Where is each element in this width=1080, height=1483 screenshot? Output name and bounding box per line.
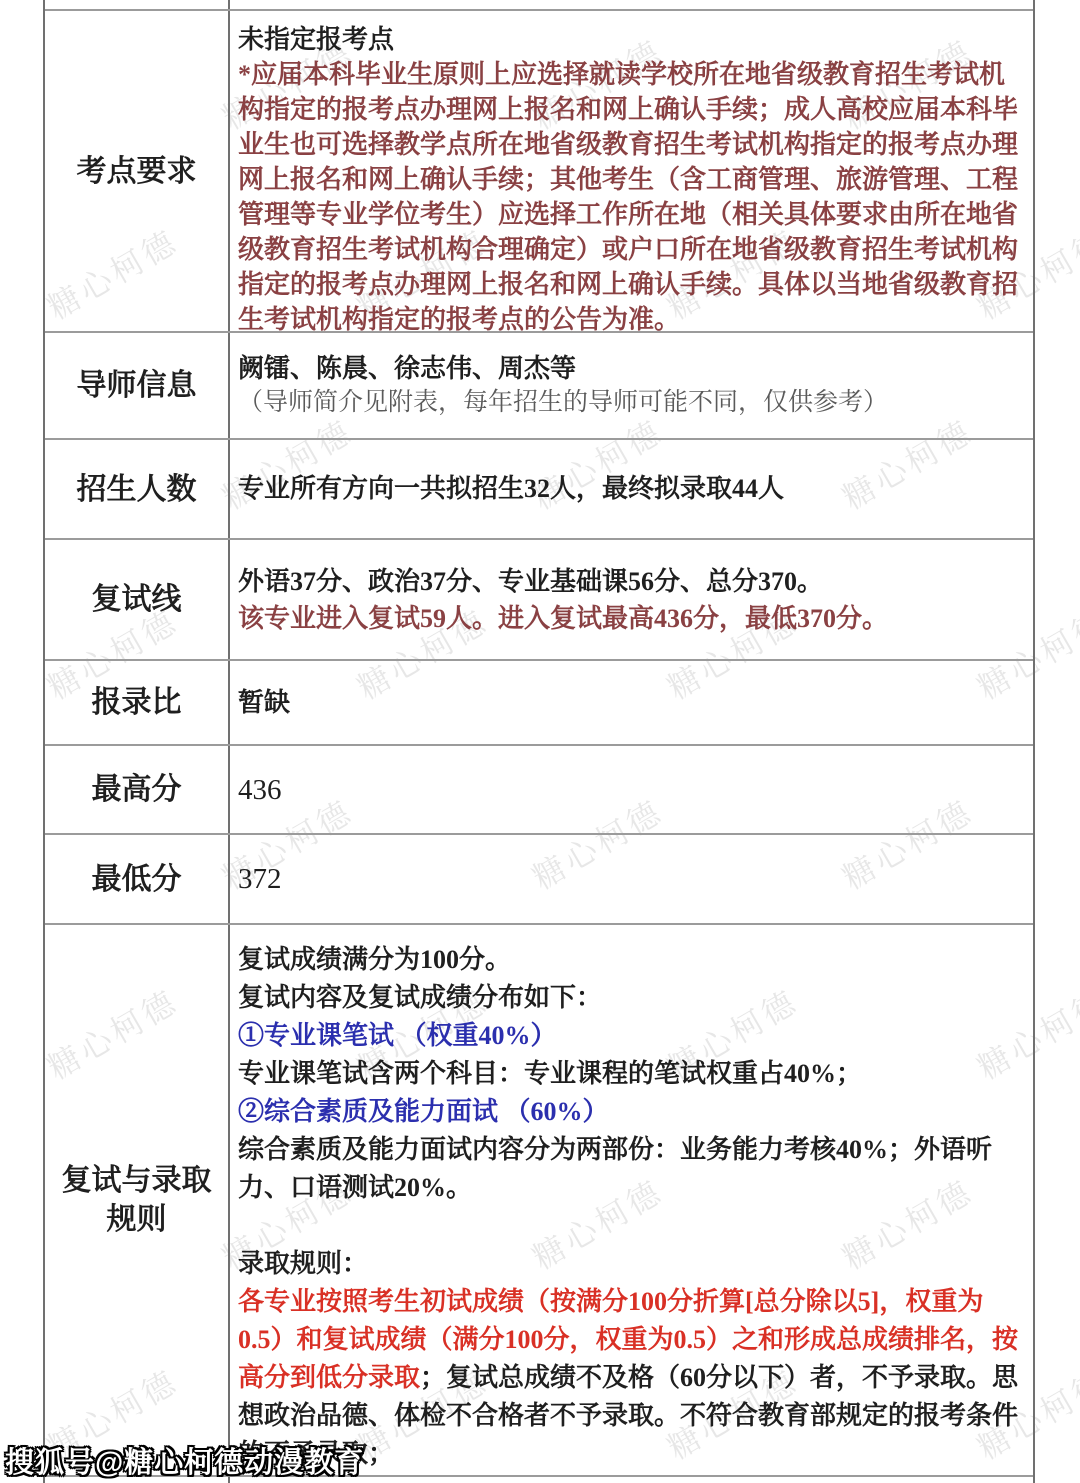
paragraph: 录取规则： [238, 1245, 1023, 1283]
row-content-application-ratio: 暂缺 [230, 661, 1033, 744]
paragraph [238, 1207, 1023, 1245]
row-content-spacer-top [230, 0, 1033, 9]
paragraph: 未指定报考点 [238, 22, 1023, 57]
table-row-enrollment-count: 招生人数专业所有方向一共拟招生32人，最终拟录取44人 [45, 440, 1033, 540]
row-content-exam-site-requirements: 未指定报考点*应届本科毕业生原则上应选择就读学校所在地省级教育招生考试机构指定的… [230, 11, 1033, 331]
row-label-highest-score: 最高分 [45, 746, 230, 833]
row-label-enrollment-count: 招生人数 [45, 440, 230, 538]
row-content-retest-line: 外语37分、政治37分、专业基础课56分、总分370。该专业进入复试59人。进入… [230, 540, 1033, 659]
row-label-spacer-top [45, 0, 230, 9]
row-content-enrollment-count: 专业所有方向一共拟招生32人，最终拟录取44人 [230, 440, 1033, 538]
paragraph: ②综合素质及能力面试 （60%） [238, 1093, 1023, 1131]
table-row-highest-score: 最高分436 [45, 746, 1033, 835]
table-row-retest-line: 复试线外语37分、政治37分、专业基础课56分、总分370。该专业进入复试59人… [45, 540, 1033, 661]
row-content-lowest-score: 372 [230, 835, 1033, 923]
paragraph: 暂缺 [238, 686, 1023, 720]
info-table: 考点要求未指定报考点*应届本科毕业生原则上应选择就读学校所在地省级教育招生考试机… [43, 0, 1035, 1483]
paragraph: 专业所有方向一共拟招生32人，最终拟录取44人 [238, 472, 1023, 506]
paragraph: 复试内容及复试成绩分布如下： [238, 979, 1023, 1017]
row-label-exam-site-requirements: 考点要求 [45, 11, 230, 331]
table-row-exam-site-requirements: 考点要求未指定报考点*应届本科毕业生原则上应选择就读学校所在地省级教育招生考试机… [45, 11, 1033, 333]
table-row-advisor-info: 导师信息阙镭、陈晨、徐志伟、周杰等（导师简介见附表，每年招生的导师可能不同，仅供… [45, 333, 1033, 440]
row-label-lowest-score: 最低分 [45, 835, 230, 923]
row-content-advisor-info: 阙镭、陈晨、徐志伟、周杰等（导师简介见附表，每年招生的导师可能不同，仅供参考） [230, 333, 1033, 438]
paragraph: ①专业课笔试 （权重40%） [238, 1017, 1023, 1055]
paragraph: 372 [238, 862, 1023, 896]
row-label-retest-admission-rules: 复试与录取规则 [45, 925, 230, 1475]
row-label-application-ratio: 报录比 [45, 661, 230, 744]
table-row-retest-admission-rules: 复试与录取规则复试成绩满分为100分。复试内容及复试成绩分布如下：①专业课笔试 … [45, 925, 1033, 1477]
paragraph: 436 [238, 773, 1023, 807]
paragraph: （导师简介见附表，每年招生的导师可能不同，仅供参考） [238, 385, 1023, 419]
sohu-brand-watermark: 搜狐号@糖心柯德动漫教育 [5, 1440, 364, 1481]
table-row-application-ratio: 报录比暂缺 [45, 661, 1033, 746]
paragraph: 外语37分、政治37分、专业基础课56分、总分370。 [238, 563, 1023, 600]
paragraph: 该专业进入复试59人。进入复试最高436分，最低370分。 [238, 600, 1023, 637]
table-row-spacer-top [45, 0, 1033, 11]
paragraph: 综合素质及能力面试内容分为两部份：业务能力考核40%；外语听力、口语测试20%。 [238, 1131, 1023, 1207]
row-content-highest-score: 436 [230, 746, 1033, 833]
paragraph: 专业课笔试含两个科目：专业课程的笔试权重占40%； [238, 1055, 1023, 1093]
row-label-advisor-info: 导师信息 [45, 333, 230, 438]
page: { "watermarks": { "diagonal_text": "糖心柯德… [0, 0, 1080, 1483]
row-label-retest-line: 复试线 [45, 540, 230, 659]
paragraph: *应届本科毕业生原则上应选择就读学校所在地省级教育招生考试机构指定的报考点办理网… [238, 57, 1023, 337]
paragraph: 阙镭、陈晨、徐志伟、周杰等 [238, 352, 1023, 385]
table-row-lowest-score: 最低分372 [45, 835, 1033, 925]
row-content-retest-admission-rules: 复试成绩满分为100分。复试内容及复试成绩分布如下：①专业课笔试 （权重40%）… [230, 925, 1033, 1475]
paragraph: 复试成绩满分为100分。 [238, 941, 1023, 979]
